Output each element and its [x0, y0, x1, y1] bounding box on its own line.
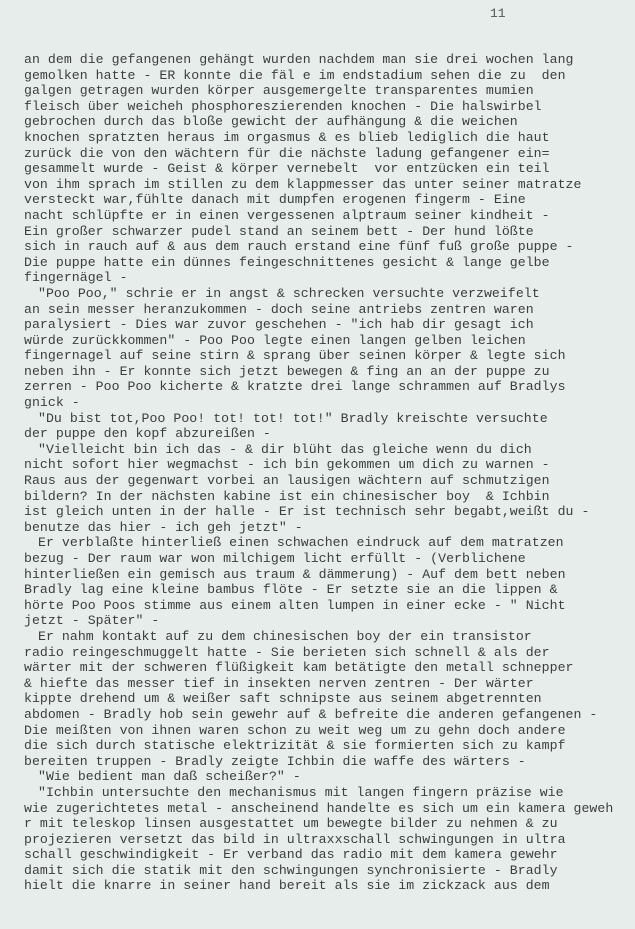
text-line: bezug - Der raum war won milchigem licht… — [24, 551, 635, 567]
text-line: Raus aus der gegenwart vorbei an lausige… — [24, 473, 635, 489]
text-line: gemolken hatte - ER konnte die fäl e im … — [24, 68, 635, 84]
text-line: Die meißten von ihnen waren schon zu wei… — [24, 723, 635, 739]
text-line: "Du bist tot,Poo Poo! tot! tot! tot!" Br… — [24, 411, 635, 427]
text-line: gesammelt wurde - Geist & körper vernebe… — [24, 161, 635, 177]
text-line: schall geschwindigkeit - Er verband das … — [24, 847, 635, 863]
text-line: "Poo Poo," schrie er in angst & schrecke… — [24, 286, 635, 302]
text-line: galgen getragen wurden körper ausgemerge… — [24, 83, 635, 99]
text-line: wärter mit der schweren flüßigkeit kam b… — [24, 660, 635, 676]
text-line: kippte drehend um & weißer saft schnipst… — [24, 691, 635, 707]
text-line: würde zurückkommen" - Poo Poo legte eine… — [24, 333, 635, 349]
text-line: neben ihn - Er konnte sich jetzt bewegen… — [24, 364, 635, 380]
text-line: Er nahm kontakt auf zu dem chinesischen … — [24, 629, 635, 645]
text-line: bildern? In der nächsten kabine ist ein … — [24, 489, 635, 505]
text-line: fleisch über weicheh phosphoreszierenden… — [24, 99, 635, 115]
text-line: Die puppe hatte ein dünnes feingeschnitt… — [24, 255, 635, 271]
text-line: nacht schlüpfte er in einen vergessenen … — [24, 208, 635, 224]
text-line: zurück die von den wächtern für die näch… — [24, 146, 635, 162]
text-line: "Vielleicht bin ich das - & dir blüht da… — [24, 442, 635, 458]
text-line: projezieren versetzt das bild in ultraxx… — [24, 832, 635, 848]
text-line: nicht sofort hier wegmachst - ich bin ge… — [24, 457, 635, 473]
text-line: knochen spratzten heraus im orgasmus & e… — [24, 130, 635, 146]
text-line: der puppe den kopf abzureißen - — [24, 426, 635, 442]
text-line: die sich durch statische elektrizität & … — [24, 738, 635, 754]
text-line: an sein messer heranzukommen - doch sein… — [24, 302, 635, 318]
text-line: hörte Poo Poos stimme aus einem alten lu… — [24, 598, 635, 614]
text-line: jetzt - Später" - — [24, 613, 635, 629]
text-line: zerren - Poo Poo kicherte & kratzte drei… — [24, 379, 635, 395]
text-line: fingernägel - — [24, 270, 635, 286]
text-line: hielt die knarre in seiner hand bereit a… — [24, 878, 635, 894]
text-line: abdomen - Bradly hob sein gewehr auf & b… — [24, 707, 635, 723]
text-line: wie zugerichtetes metal - anscheinend ha… — [24, 801, 635, 817]
text-line: r mit teleskop linsen ausgestattet um be… — [24, 816, 635, 832]
text-line: versteckt war,fühlte danach mit dumpfen … — [24, 192, 635, 208]
text-line: bereiten truppen - Bradly zeigte Ichbin … — [24, 754, 635, 770]
text-line: ist gleich unten in der halle - Er ist t… — [24, 504, 635, 520]
text-line: "Wie bedient man daß scheißer?" - — [24, 769, 635, 785]
text-line: paralysiert - Dies war zuvor geschehen -… — [24, 317, 635, 333]
text-line: damit sich die statik mit den schwingung… — [24, 863, 635, 879]
text-line: an dem die gefangenen gehängt wurden nac… — [24, 52, 635, 68]
text-line: sich in rauch auf & aus dem rauch erstan… — [24, 239, 635, 255]
text-line: Bradly lag eine kleine bambus flöte - Er… — [24, 582, 635, 598]
text-line: "Ichbin untersuchte den mechanismus mit … — [24, 785, 635, 801]
text-line: Ein großer schwarzer pudel stand an sein… — [24, 224, 635, 240]
text-line: gebrochen durch das bloße gewicht der au… — [24, 114, 635, 130]
text-line: hinterließen ein gemisch aus traum & däm… — [24, 567, 635, 583]
text-line: Er verblaßte hinterließ einen schwachen … — [24, 535, 635, 551]
body-text: an dem die gefangenen gehängt wurden nac… — [24, 52, 635, 894]
text-line: & hiefte das messer tief in insekten ner… — [24, 676, 635, 692]
text-line: fingernagel auf seine stirn & sprang übe… — [24, 348, 635, 364]
text-line: benutze das hier - ich geh jetzt" - — [24, 520, 635, 536]
text-line: radio reingeschmuggelt hatte - Sie berie… — [24, 645, 635, 661]
typewritten-page: 11 an dem die gefangenen gehängt wurden … — [0, 0, 635, 929]
text-line: gnick - — [24, 395, 635, 411]
text-line: von ihm sprach im stillen zu dem klappme… — [24, 177, 635, 193]
page-number: 11 — [490, 6, 506, 21]
